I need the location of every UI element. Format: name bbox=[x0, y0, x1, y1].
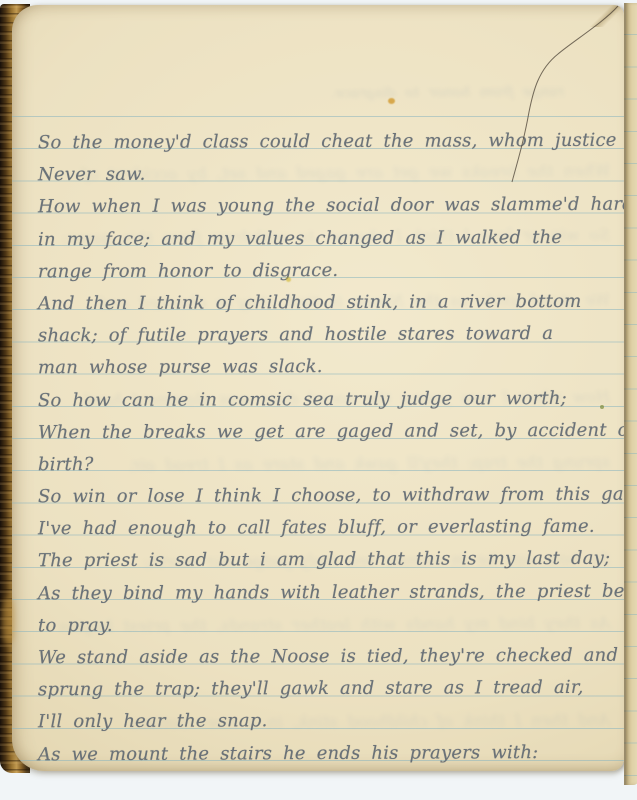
handwritten-line: And then I think of childhood stink, in … bbox=[38, 286, 612, 321]
stain-mark bbox=[2, 598, 14, 644]
handwritten-line: birth? bbox=[38, 447, 612, 482]
handwritten-line: I'll only hear the snap. bbox=[38, 704, 612, 739]
handwritten-line: As we mount the stairs he ends his praye… bbox=[38, 736, 612, 771]
handwritten-line: Never saw. bbox=[38, 157, 612, 192]
stain-mark bbox=[600, 405, 604, 409]
handwritten-line: shack; of futile prayers and hostile sta… bbox=[38, 318, 612, 353]
handwritten-line: in my face; and my values changed as I w… bbox=[38, 221, 612, 256]
handwritten-line: man whose purse was slack. bbox=[38, 350, 612, 385]
scanned-notebook-photo: range from honor to disgrace. When the b… bbox=[0, 0, 637, 800]
bleedthrough-ghost-text: range from honor to disgrace. bbox=[262, 84, 564, 102]
handwritten-line: When the breaks we get are gaged and set… bbox=[38, 414, 612, 449]
handwritten-line: sprung the trap; they'll gawk and stare … bbox=[38, 672, 612, 707]
handwritten-line: to pray. bbox=[38, 608, 612, 643]
curled-corner-shadow bbox=[590, 5, 624, 27]
handwritten-line: As they bind my hands with leather stran… bbox=[38, 575, 612, 610]
handwritten-line: So the money'd class could cheat the mas… bbox=[38, 125, 612, 160]
handwritten-line: I've had enough to call fates bluff, or … bbox=[38, 511, 612, 546]
next-page-edge bbox=[624, 3, 637, 785]
handwritten-line: So how can he in comsic sea truly judge … bbox=[38, 382, 612, 417]
stain-mark bbox=[286, 277, 291, 282]
stain-mark bbox=[388, 98, 395, 104]
handwritten-line: So win or lose I think I choose, to with… bbox=[38, 479, 612, 514]
notebook-page: range from honor to disgrace. When the b… bbox=[12, 5, 624, 771]
handwriting-block: So the money'd class could cheat the mas… bbox=[38, 126, 612, 770]
handwritten-line: How when I was young the social door was… bbox=[38, 189, 612, 224]
handwritten-line: We stand aside as the Noose is tied, the… bbox=[38, 640, 612, 675]
handwritten-line: The priest is sad but i am glad that thi… bbox=[38, 543, 612, 578]
handwritten-line: range from honor to disgrace. bbox=[38, 253, 612, 288]
